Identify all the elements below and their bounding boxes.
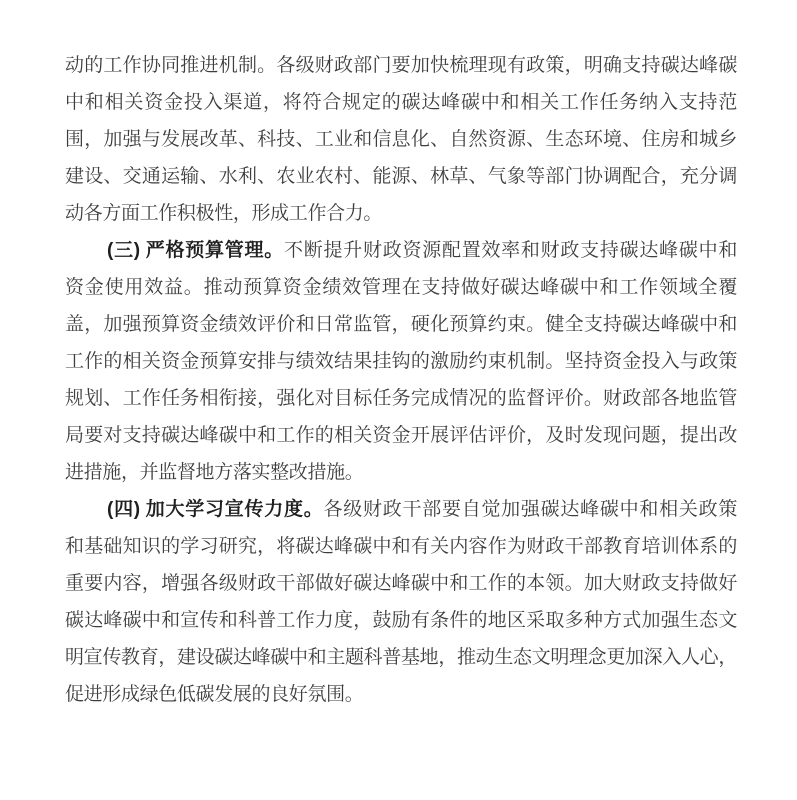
text-line: 工作的相关资金预算安排与绩效结果挂钩的激励约束机制。坚持资金投入与政策: [65, 343, 737, 380]
text-line: 动的工作协同推进机制。各级财政部门要加快梳理现有政策，明确支持碳达峰碳: [65, 47, 737, 84]
text-line: 明宣传教育，建设碳达峰碳中和主题科普基地，推动生态文明理念更加深入人心，: [65, 639, 737, 676]
text-line: 规划、工作任务相衔接，强化对目标任务完成情况的监督评价。财政部各地监管: [65, 380, 737, 417]
line-text: 进措施，并监督地方落实整改措施。: [65, 462, 363, 483]
text-line: 重要内容，增强各级财政干部做好碳达峰碳中和工作的本领。加大财政支持做好: [65, 565, 737, 602]
line-text: 促进形成绿色低碳发展的良好氛围。: [65, 684, 363, 705]
text-line: 围，加强与发展改革、科技、工业和信息化、自然资源、生态环境、住房和城乡: [65, 121, 737, 158]
line-text: 局要对支持碳达峰碳中和工作的相关资金开展评估评价，及时发现问题，提出改: [65, 425, 737, 446]
line-text: 规划、工作任务相衔接，强化对目标任务完成情况的监督评价。财政部各地监管: [65, 388, 737, 409]
line-text: 盖，加强预算资金绩效评价和日常监管，硬化预算约束。健全支持碳达峰碳中和: [65, 314, 737, 335]
text-line: 动各方面工作积极性，形成工作合力。: [65, 195, 737, 232]
text-line: 中和相关资金投入渠道，将符合规定的碳达峰碳中和相关工作任务纳入支持范: [65, 84, 737, 121]
line-text: 不断提升财政资源配置效率和财政支持碳达峰碳中和: [284, 240, 737, 261]
text-line: 建设、交通运输、水利、农业农村、能源、林草、气象等部门协调配合，充分调: [65, 158, 737, 195]
line-text: 明宣传教育，建设碳达峰碳中和主题科普基地，推动生态文明理念更加深入人心，: [65, 647, 737, 668]
paragraph-heading-line: (三) 严格预算管理。不断提升财政资源配置效率和财政支持碳达峰碳中和: [65, 232, 737, 269]
paragraph-heading-line: (四) 加大学习宣传力度。各级财政干部要自觉加强碳达峰碳中和相关政策: [65, 491, 737, 528]
text-line: 盖，加强预算资金绩效评价和日常监管，硬化预算约束。健全支持碳达峰碳中和: [65, 306, 737, 343]
line-text: 碳达峰碳中和宣传和科普工作力度，鼓励有条件的地区采取多种方式加强生态文: [65, 610, 737, 631]
document-page: 动的工作协同推进机制。各级财政部门要加快梳理现有政策，明确支持碳达峰碳中和相关资…: [0, 0, 797, 800]
document-body: 动的工作协同推进机制。各级财政部门要加快梳理现有政策，明确支持碳达峰碳中和相关资…: [65, 47, 737, 713]
line-text: 中和相关资金投入渠道，将符合规定的碳达峰碳中和相关工作任务纳入支持范: [65, 92, 737, 113]
text-line: 促进形成绿色低碳发展的良好氛围。: [65, 676, 737, 713]
text-line: 碳达峰碳中和宣传和科普工作力度，鼓励有条件的地区采取多种方式加强生态文: [65, 602, 737, 639]
text-line: 局要对支持碳达峰碳中和工作的相关资金开展评估评价，及时发现问题，提出改: [65, 417, 737, 454]
line-text: 建设、交通运输、水利、农业农村、能源、林草、气象等部门协调配合，充分调: [65, 166, 737, 187]
section-heading: (三) 严格预算管理。: [107, 240, 284, 261]
line-text: 和基础知识的学习研究，将碳达峰碳中和有关内容作为财政干部教育培训体系的: [65, 536, 737, 557]
section-heading: (四) 加大学习宣传力度。: [107, 499, 324, 520]
line-text: 各级财政干部要自觉加强碳达峰碳中和相关政策: [324, 499, 738, 520]
line-text: 动各方面工作积极性，形成工作合力。: [65, 203, 382, 224]
text-line: 资金使用效益。推动预算资金绩效管理在支持做好碳达峰碳中和工作领域全覆: [65, 269, 737, 306]
line-text: 重要内容，增强各级财政干部做好碳达峰碳中和工作的本领。加大财政支持做好: [65, 573, 737, 594]
text-line: 进措施，并监督地方落实整改措施。: [65, 454, 737, 491]
text-line: 和基础知识的学习研究，将碳达峰碳中和有关内容作为财政干部教育培训体系的: [65, 528, 737, 565]
line-text: 工作的相关资金预算安排与绩效结果挂钩的激励约束机制。坚持资金投入与政策: [65, 351, 737, 372]
line-text: 动的工作协同推进机制。各级财政部门要加快梳理现有政策，明确支持碳达峰碳: [65, 55, 737, 76]
line-text: 围，加强与发展改革、科技、工业和信息化、自然资源、生态环境、住房和城乡: [65, 129, 737, 150]
line-text: 资金使用效益。推动预算资金绩效管理在支持做好碳达峰碳中和工作领域全覆: [65, 277, 737, 298]
